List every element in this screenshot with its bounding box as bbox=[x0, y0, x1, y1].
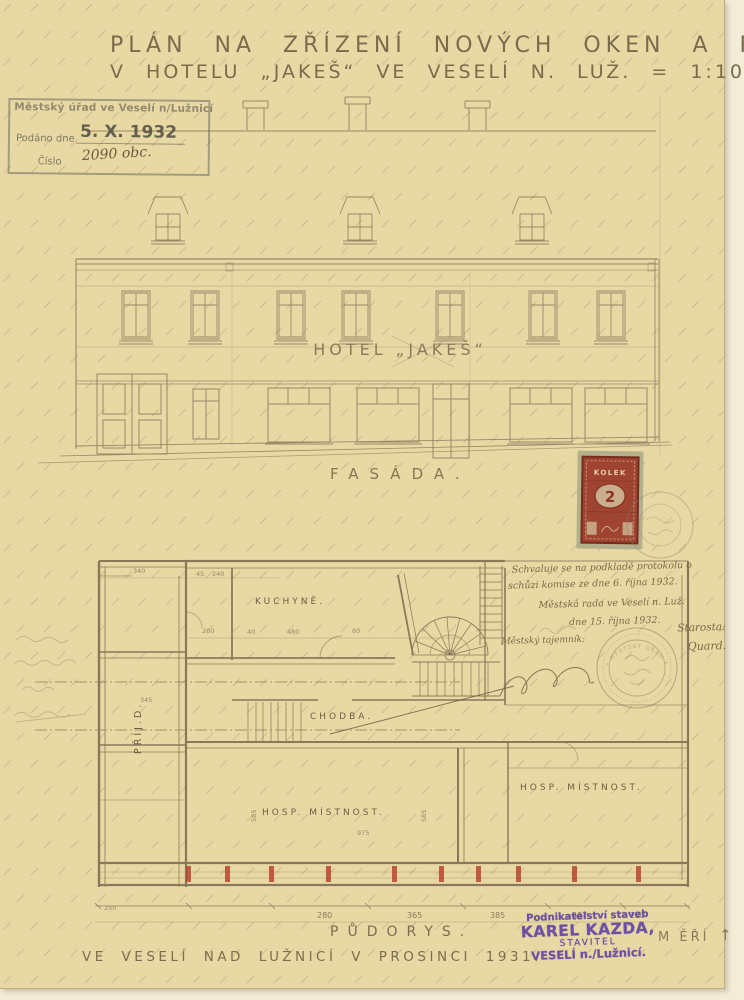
room-label-passage: PŘÍJ.D. bbox=[133, 664, 144, 754]
registry-stamp-number-label: Číslo bbox=[38, 156, 62, 167]
dim-385: 385 bbox=[490, 911, 505, 920]
mayor-label: Starosta: bbox=[677, 621, 726, 634]
scanned-plan-sheet: • MĚSTSKÝ ÚŘAD • KOLEK 2 PLÁN NA ZŘÍZENÍ… bbox=[0, 0, 744, 1000]
dim-480: 480 bbox=[287, 628, 299, 636]
approval-line2: schůzi komise ze dne 6. října 1932. bbox=[508, 576, 678, 591]
plan-caption: PŮDORYS. bbox=[330, 924, 473, 940]
registry-stamp-filed-label: Podáno dne bbox=[16, 133, 75, 145]
builder-stamp: Podnikatelství staveb KAREL KAZDA, STAVI… bbox=[509, 908, 667, 963]
sheet-title-line2: V HOTELU „JAKEŠ“ VE VESELÍ N. LUŽ. = 1:1… bbox=[110, 61, 710, 83]
place-date-line: VE VESELÍ NAD LUŽNICÍ V PROSINCI 1931. bbox=[82, 949, 542, 965]
registry-stamp-filed-date: 5. X. 1932 bbox=[76, 122, 185, 145]
registry-stamp: Městský úřad ve Veselí n/Lužnicí Podáno … bbox=[8, 98, 211, 176]
dim-345: 345 bbox=[140, 696, 152, 704]
approval-line1: Schvaluje se na podkladě protokolu o bbox=[512, 560, 693, 576]
revenue-stamp-label: KOLEK bbox=[594, 469, 627, 477]
dim-60: 60 bbox=[352, 627, 360, 635]
room-label-corridor: CHODBA. bbox=[310, 712, 373, 722]
dim-250: 250 bbox=[104, 904, 116, 912]
sheet-title-line1: PLÁN NA ZŘÍZENÍ NOVÝCH OKEN A FASÁDY bbox=[110, 33, 710, 58]
approval-line3: Městská rada ve Veselí n. Luž. bbox=[538, 596, 684, 611]
registry-stamp-office: Městský úřad ve Veselí n/Lužnicí bbox=[14, 101, 204, 115]
revenue-stamp: KOLEK 2 bbox=[576, 451, 643, 550]
facade-hotel-sign: HOTEL „JAKEŠ“ bbox=[300, 340, 500, 359]
dim-585b: 585 bbox=[420, 810, 428, 822]
mayor-signature: Quard. bbox=[688, 639, 727, 653]
dim-975: 975 bbox=[357, 829, 369, 837]
dim-365: 365 bbox=[407, 911, 422, 920]
dim-45: 45 bbox=[196, 570, 204, 578]
north-arrow: ↑ bbox=[719, 926, 732, 944]
secretary-label: Městský tajemník: bbox=[501, 635, 585, 647]
approval-line4: dne 15. října 1932. bbox=[569, 615, 661, 628]
room-label-left: HOSP. MÍSTNOST. bbox=[262, 808, 385, 818]
facade-caption: FASÁDA. bbox=[330, 465, 471, 483]
dim-200: 200 bbox=[202, 627, 214, 635]
dim-40: 40 bbox=[247, 628, 255, 636]
dim-240: 240 bbox=[212, 570, 224, 578]
room-label-right: HOSP. MÍSTNOST. bbox=[520, 783, 643, 793]
room-label-kitchen: KUCHYNĚ. bbox=[255, 597, 325, 607]
approval-note: Schvaluje se na podkladě protokolu o sch… bbox=[493, 557, 732, 683]
dim-340: 340 bbox=[133, 567, 145, 575]
revenue-stamp-value: 2 bbox=[605, 488, 616, 506]
registry-stamp-number-value: 2090 obc. bbox=[81, 144, 152, 164]
dim-280: 280 bbox=[317, 911, 332, 920]
dim-585a: 585 bbox=[250, 810, 258, 822]
